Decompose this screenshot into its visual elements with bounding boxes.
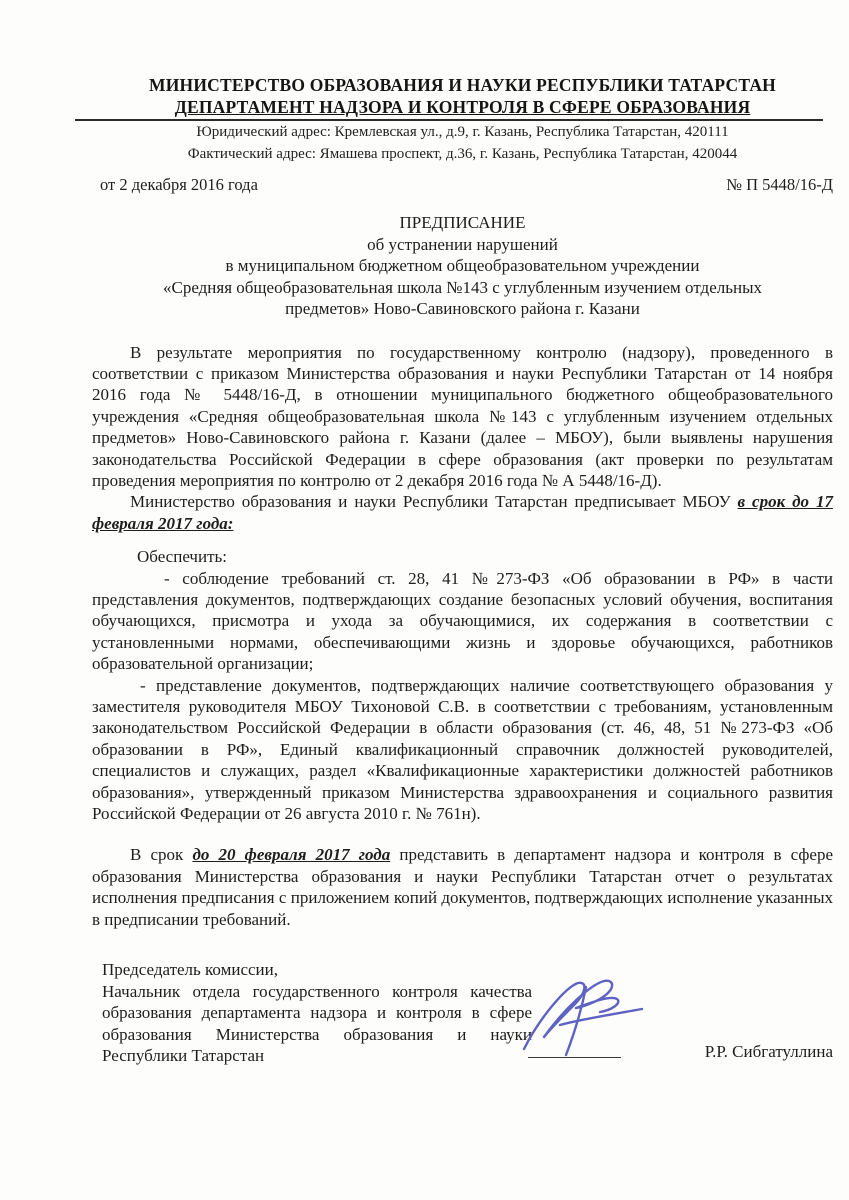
signer-role-rest: Начальник отдела государственного контро… [102, 981, 532, 1067]
doc-title-line: об устранении нарушений [92, 234, 833, 256]
signature-line [528, 1057, 621, 1058]
doc-meta-row: от 2 декабря 2016 года № П 5448/16-Д [92, 174, 833, 195]
doc-title-line: «Средняя общеобразовательная школа №143 … [92, 277, 833, 299]
report-text-pre: В срок [130, 845, 192, 864]
doc-title-block: ПРЕДПИСАНИЕ об устранении нарушений в му… [92, 212, 833, 320]
requirement-item-2: - представление документов, подтверждающ… [92, 675, 833, 825]
doc-title-line: ПРЕДПИСАНИЕ [92, 212, 833, 234]
document-content: МИНИСТЕРСТВО ОБРАЗОВАНИЯ И НАУКИ РЕСПУБЛ… [92, 74, 833, 1079]
paragraph-report-deadline: В срок до 20 февраля 2017 года представи… [92, 844, 833, 930]
actual-address: Фактический адрес: Ямашева проспект, д.3… [92, 144, 833, 165]
header-divider [75, 119, 823, 121]
paragraph-inspection-result: В результате мероприятия по государствен… [92, 342, 833, 492]
doc-title-line: предметов» Ново-Савиновского района г. К… [92, 298, 833, 320]
legal-address: Юридический адрес: Кремлевская ул., д.9,… [92, 122, 833, 143]
ensure-label: Обеспечить: [92, 546, 833, 567]
department-title: ДЕПАРТАМЕНТ НАДЗОРА И КОНТРОЛЯ В СФЕРЕ О… [92, 96, 833, 118]
document-page: МИНИСТЕРСТВО ОБРАЗОВАНИЯ И НАУКИ РЕСПУБЛ… [0, 0, 849, 1200]
doc-title-line: в муниципальном бюджетном общеобразовате… [92, 255, 833, 277]
requirement-item-1: - соблюдение требований ст. 28, 41 №273-… [92, 568, 833, 675]
signer-name: Р.Р. Сибгатуллина [705, 1041, 833, 1063]
paragraph-prescription-deadline: Министерство образования и науки Республ… [92, 491, 833, 534]
signer-role: Председатель комиссии, Начальник отдела … [102, 959, 532, 1067]
ministry-title: МИНИСТЕРСТВО ОБРАЗОВАНИЯ И НАУКИ РЕСПУБЛ… [92, 74, 833, 96]
doc-number: № П 5448/16-Д [726, 174, 833, 195]
report-deadline-emphasis: до 20 февраля 2017 года [192, 845, 390, 864]
prescription-text: Министерство образования и науки Республ… [130, 492, 738, 511]
handwritten-signature-icon [520, 973, 670, 1059]
signature-block: Председатель комиссии, Начальник отдела … [92, 959, 833, 1079]
signer-role-line1: Председатель комиссии, [102, 959, 532, 981]
doc-date: от 2 декабря 2016 года [92, 174, 258, 195]
